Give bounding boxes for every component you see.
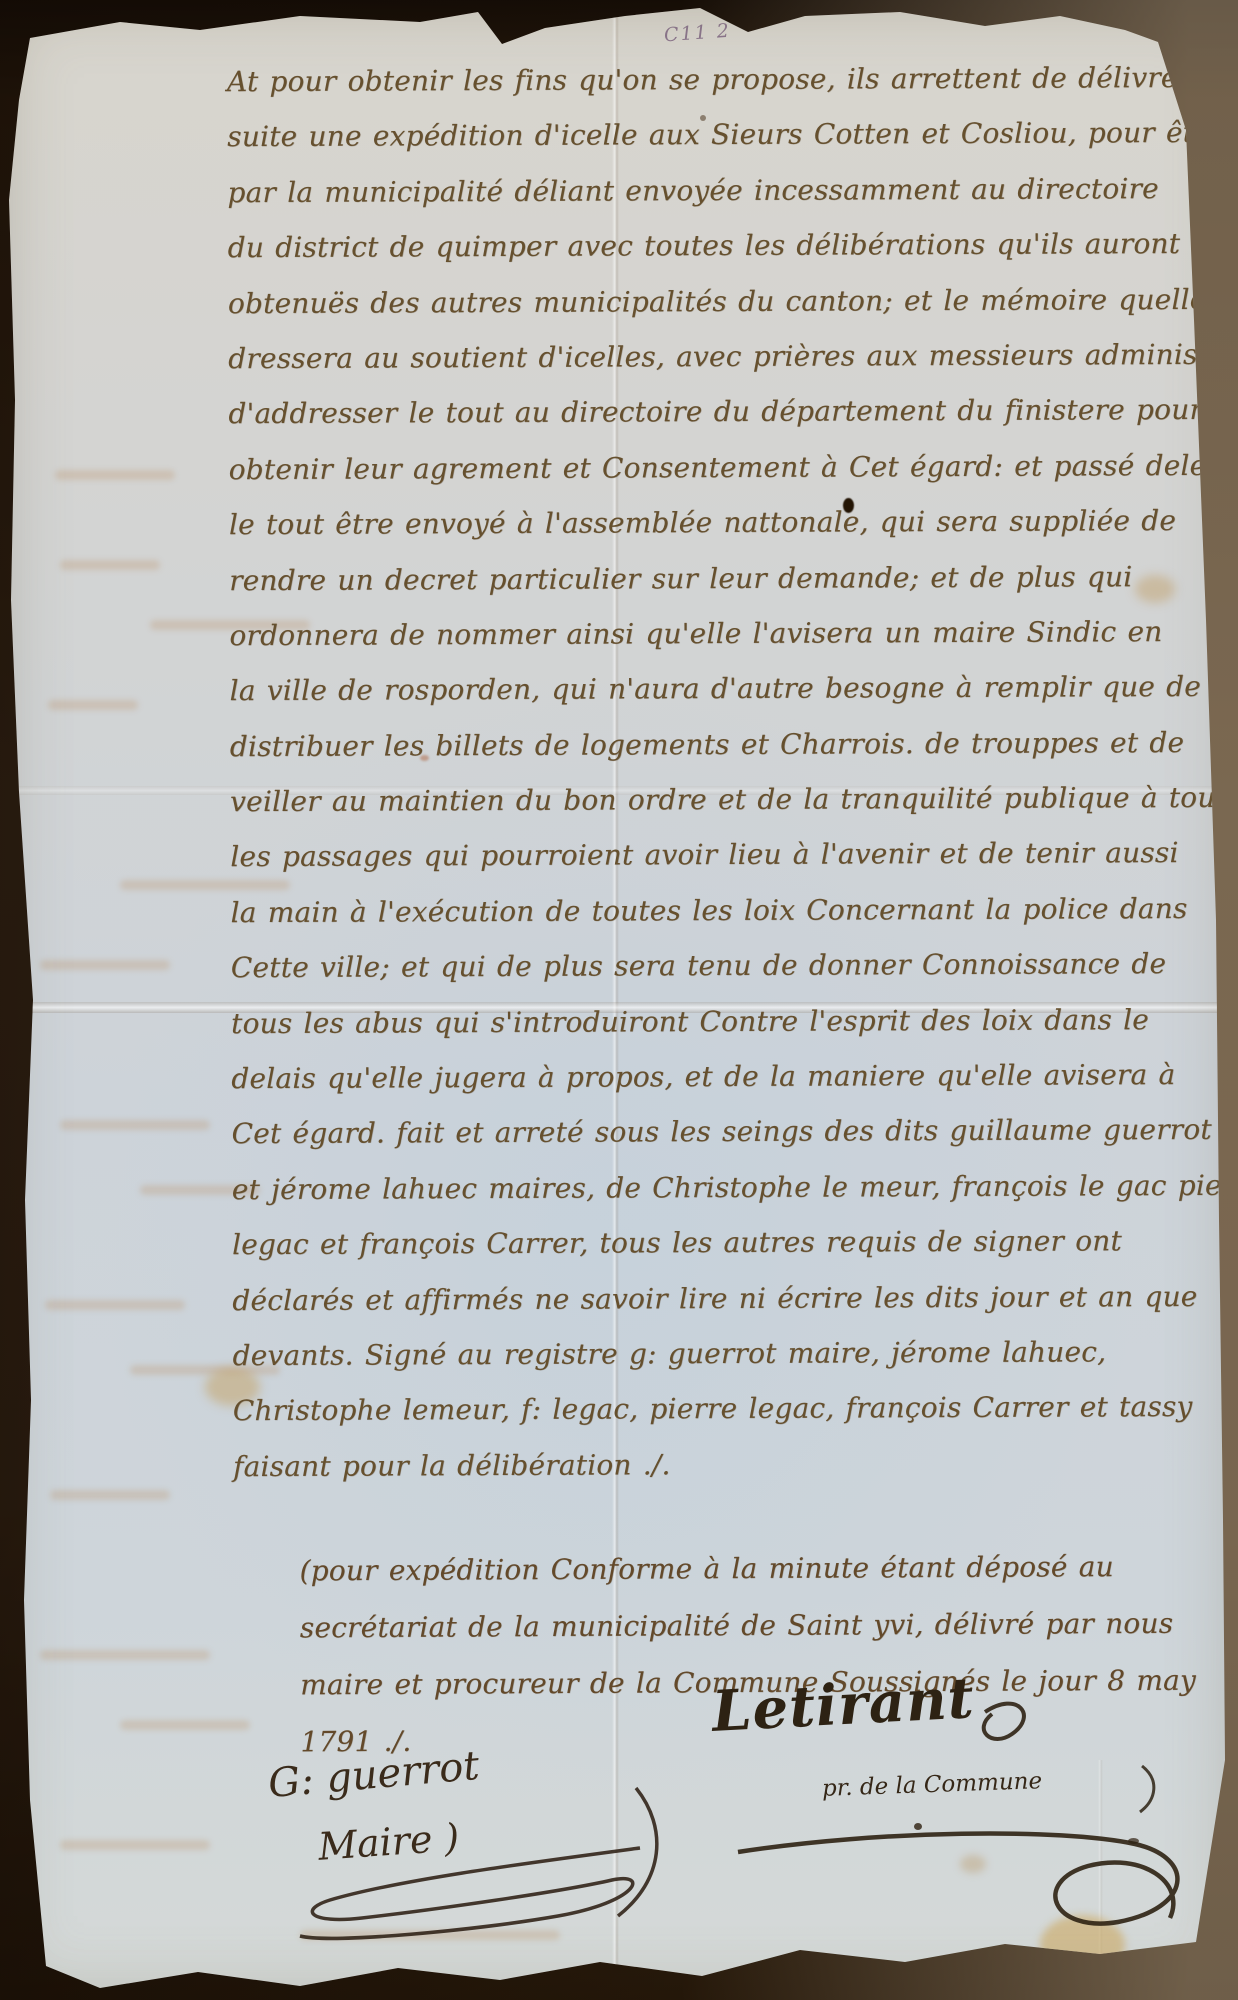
manuscript-line: Cette ville; et qui de plus sera tenu de… xyxy=(231,936,1223,996)
bleed-through-line xyxy=(48,700,138,710)
stain-spot xyxy=(960,1855,986,1873)
bleed-through-line xyxy=(50,1490,170,1500)
bleed-through-line xyxy=(300,1930,560,1940)
bleed-through-line xyxy=(130,1365,280,1375)
manuscript-page: C11 2 At pour obtenir les fins qu'on se … xyxy=(0,0,1238,2000)
manuscript-line: obtenir leur agrement et Consentement à … xyxy=(229,438,1221,498)
vertical-fold-crease-bottom xyxy=(1098,1760,1103,1960)
signature-flourishes xyxy=(0,0,1238,2000)
manuscript-line: la ville de rosporden, qui n'aura d'autr… xyxy=(230,659,1222,719)
closing-line: secrétariat de la municipalité de Saint … xyxy=(300,1595,1200,1657)
bleed-through-line xyxy=(120,880,290,890)
horizontal-fold-crease-lower xyxy=(0,1002,1238,1013)
manuscript-line: faisant pour la délibération ./. xyxy=(233,1435,1225,1495)
manuscript-line: devants. Signé au registre g: guerrot ma… xyxy=(232,1324,1224,1384)
ink-speck xyxy=(914,1823,922,1830)
manuscript-line: ordonnera de nommer ainsi qu'elle l'avis… xyxy=(229,604,1221,664)
manuscript-body: At pour obtenir les fins qu'on se propos… xyxy=(227,50,1225,1494)
signature-letirant: Letirant xyxy=(710,1665,976,1745)
signature-letirant-title: pr. de la Commune xyxy=(822,1768,1043,1802)
bleed-through-line xyxy=(60,1840,210,1850)
bleed-through-line xyxy=(60,1120,210,1130)
manuscript-line: le tout être envoyé à l'assemblée natton… xyxy=(229,493,1221,553)
manuscript-line: la main à l'exécution de toutes les loix… xyxy=(230,881,1222,941)
manuscript-line: et jérome lahuec maires, de Christophe l… xyxy=(232,1158,1224,1218)
manuscript-line: déclarés et affirmés ne savoir lire ni é… xyxy=(232,1268,1224,1328)
bleed-through-line xyxy=(40,960,170,970)
closing-paragraph: (pour expédition Conforme à la minute ét… xyxy=(299,1538,1200,1771)
manuscript-line: d'addresser le tout au directoire du dép… xyxy=(228,382,1220,442)
stain-spot xyxy=(1135,575,1175,603)
manuscript-line: rendre un decret particulier sur leur de… xyxy=(229,548,1221,608)
manuscript-line: distribuer les billets de logements et C… xyxy=(230,715,1222,775)
manuscript-line: suite une expédition d'icelle aux Sieurs… xyxy=(227,105,1219,165)
closing-line: (pour expédition Conforme à la minute ét… xyxy=(299,1538,1199,1600)
bleed-through-line xyxy=(55,470,175,480)
manuscript-line: Christophe lemeur, f: legac, pierre lega… xyxy=(233,1379,1225,1439)
bleed-through-line xyxy=(40,1650,210,1660)
bleed-through-line xyxy=(45,1300,185,1310)
bleed-through-line xyxy=(60,560,160,570)
signature-guerrot-title: Maire ) xyxy=(317,1815,461,1869)
bleed-through-line xyxy=(120,1720,250,1730)
ink-speck xyxy=(700,115,706,121)
closing-line: 1791 ./. xyxy=(300,1709,1200,1771)
manuscript-line: Cet égard. fait et arreté sous les seing… xyxy=(231,1102,1223,1162)
ink-speck xyxy=(420,755,429,761)
manuscript-line: les passages qui pourroient avoir lieu à… xyxy=(230,825,1222,885)
manuscript-line: du district de quimper avec toutes les d… xyxy=(228,216,1220,276)
ink-speck xyxy=(1128,1838,1139,1844)
manuscript-line: obtenuës des autres municipalités du can… xyxy=(228,271,1220,331)
manuscript-line: delais qu'elle jugera à propos, et de la… xyxy=(231,1047,1223,1107)
manuscript-line: dressera au soutient d'icelles, avec pri… xyxy=(228,327,1220,387)
signature-guerrot: G: guerrot xyxy=(266,1743,481,1807)
manuscript-line: tous les abus qui s'introduiront Contre … xyxy=(231,991,1223,1051)
page-mark: C11 2 xyxy=(663,20,731,47)
manuscript-line: par la municipalité déliant envoyée ince… xyxy=(227,161,1219,221)
manuscript-line: veiller au maintien du bon ordre et de l… xyxy=(230,770,1222,830)
manuscript-line: legac et françois Carrer, tous les autre… xyxy=(232,1213,1224,1273)
stain-spot xyxy=(205,1368,260,1406)
vertical-fold-crease xyxy=(612,0,619,2000)
bleed-through-line xyxy=(140,1185,260,1195)
closing-line: maire et procureur de la Commune Soussig… xyxy=(300,1652,1200,1714)
horizontal-fold-crease-upper xyxy=(0,786,1238,795)
ink-blot xyxy=(843,498,854,513)
manuscript-line: At pour obtenir les fins qu'on se propos… xyxy=(227,50,1219,110)
bleed-through-line xyxy=(150,620,310,630)
